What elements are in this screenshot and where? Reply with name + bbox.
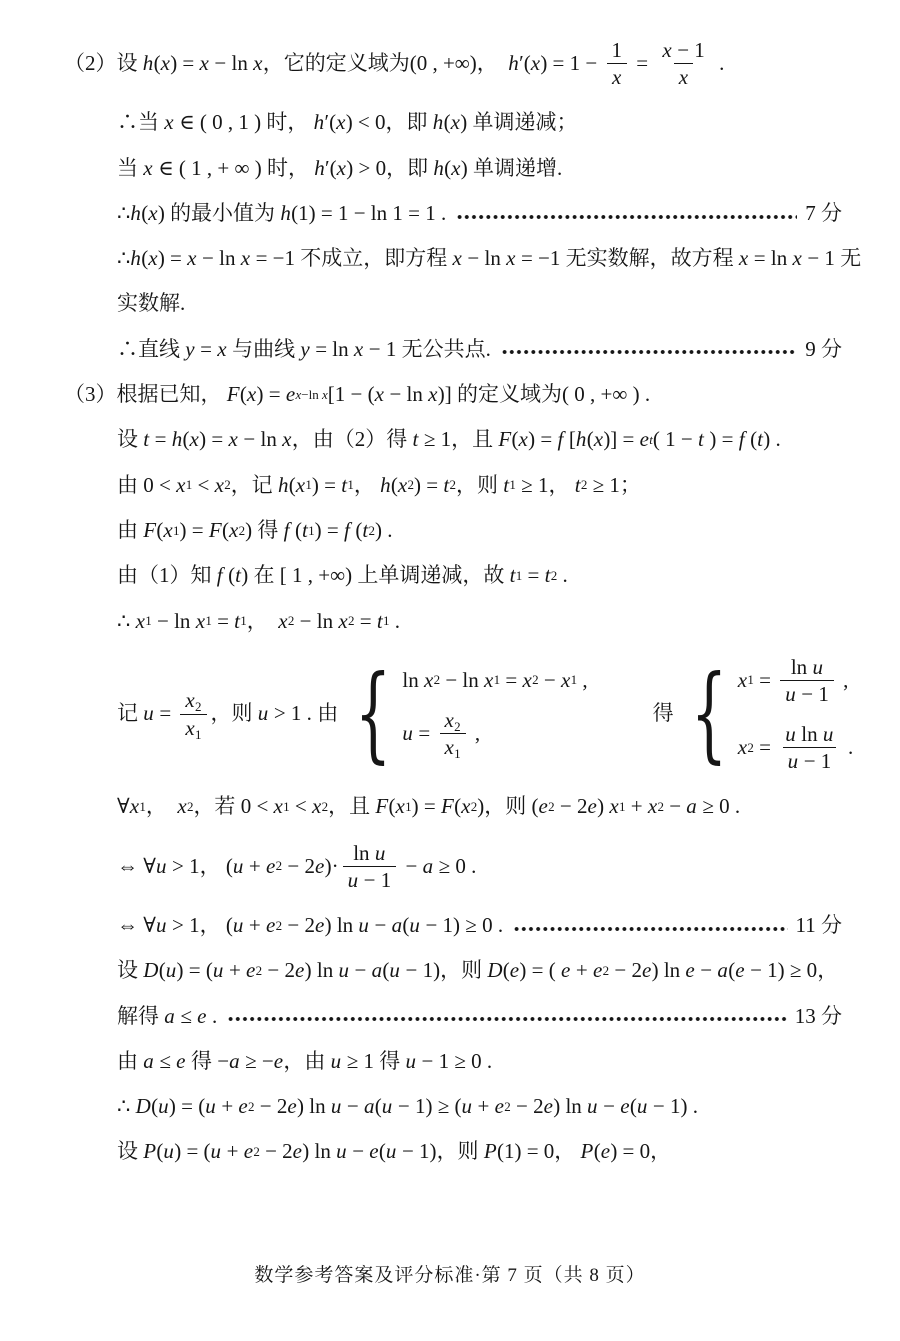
math-run: D(e) = ( e + e [487, 957, 602, 984]
score-label: 7 分 [805, 200, 842, 227]
math-run: − a ≥ 0 . [400, 853, 476, 880]
cases-brace: { [690, 667, 726, 761]
cases-group: {x1 = ln uu − 1 ,x2 = u ln uu − 1 . [676, 653, 854, 776]
math-run: x = ln x − 1 [739, 245, 835, 272]
math-run: ≥ 1 [516, 472, 549, 499]
text-run: ， [548, 472, 574, 499]
math-run: x ∈ ( 0 , 1 ) [164, 109, 261, 136]
math-run: [1 − (x − ln x)] [328, 381, 452, 408]
math-run: h(x) [433, 109, 467, 136]
math-run: h(x [380, 472, 407, 499]
fraction-numerator: u ln u [780, 722, 838, 747]
text-run [590, 700, 653, 727]
text-run: ， [554, 1138, 580, 1165]
text-run: ， [200, 853, 226, 880]
text-run: 时， [262, 155, 315, 182]
part3-setup: （3）根据已知， F(x) = ex−ln x[1 − (x − ln x)] … [0, 381, 900, 408]
math-run: ) = t [312, 472, 347, 499]
math-run: ⇔ ∀u > 1 [117, 912, 200, 939]
fraction-denominator: u − 1 [780, 680, 834, 706]
part3-P-def: 设 P(u) = (u + e2 − 2e) ln u − e(u − 1)，则… [0, 1138, 900, 1165]
text-run: ，且 [328, 793, 375, 820]
math-run: x [185, 716, 195, 740]
math-run: . [843, 734, 854, 761]
text-run: ， [146, 793, 178, 820]
math-run: x [136, 608, 146, 635]
fraction-denominator: x [607, 63, 627, 89]
math-run: t ≥ 1 [412, 426, 451, 453]
text-run: 由 [117, 517, 143, 544]
math-run: h(x) = x − ln x [143, 50, 263, 77]
text-run: 单调递增. [468, 155, 563, 182]
math-run: < x [290, 793, 322, 820]
math-run: x [445, 735, 455, 759]
fraction: u ln uu − 1 [780, 722, 838, 773]
math-run: + x [625, 793, 657, 820]
math-run: 0 < x [241, 793, 283, 820]
dotted-leader [456, 211, 797, 223]
text-run: 无实数解，故方程 [560, 245, 739, 272]
math-run: −a ≥ −e [217, 1048, 283, 1075]
cases-row: ln x2 − ln x1 = x2 − x1 , [402, 667, 587, 694]
math-run: u > 1 . [258, 700, 312, 727]
cases-rows: x1 = ln uu − 1 ,x2 = u ln uu − 1 . [738, 653, 853, 776]
text-run: 由 [117, 472, 143, 499]
part3-D-def: 设 D(u) = (u + e2 − 2e) ln u − a(u − 1)，则… [0, 957, 900, 984]
text-run: ，且 [451, 426, 498, 453]
text-run: 得 [653, 700, 674, 727]
fraction-numerator: ln u [348, 841, 390, 866]
text-run: （2）设 [64, 50, 143, 77]
text-run: 上单调递减，故 [352, 562, 510, 589]
subscript: 2 [195, 699, 202, 714]
answer-sheet-page: （2）设 h(x) = x − ln x，它的定义域为(0 , +∞)， h′(… [0, 0, 900, 1341]
text-run: （3）根据已知， [64, 381, 227, 408]
text-run: ∴直线 [117, 336, 185, 363]
cases-row: x2 = u ln uu − 1 . [738, 720, 853, 775]
math-run: < x [192, 472, 224, 499]
fraction-denominator: u − 1 [343, 866, 397, 892]
text-run: ，即 [386, 155, 433, 182]
math-run: [ 1 , +∞) [280, 562, 352, 589]
math-run: u ≥ 1 [331, 1048, 374, 1075]
math-run: . [557, 562, 568, 589]
math-run: f (t [284, 517, 309, 544]
text-run: ∴ [117, 608, 136, 635]
text-run: 的定义域为 [452, 381, 562, 408]
math-run: x − ln x = −1 [453, 245, 561, 272]
score-label: 11 分 [796, 912, 842, 939]
part3-u-system: 记 u = x2x1，则 u > 1 . 由{ln x2 − ln x1 = x… [0, 653, 900, 776]
fraction-numerator: ln u [786, 655, 828, 680]
math-run: − 2e) ln u − a(u − 1) ≥ 0 . [282, 912, 503, 939]
text-run: 不成立，即方程 [295, 245, 453, 272]
math-run: x [278, 608, 288, 635]
part2-no-solution-b: 实数解. [0, 290, 900, 317]
math-run: x ∈ ( 1 , + ∞ ) [143, 155, 261, 182]
math-run: u − 1 ≥ 0 . [405, 1048, 492, 1075]
text-run: 由 [117, 1048, 143, 1075]
part2-decreasing: ∴当 x ∈ ( 0 , 1 ) 时， h′(x) < 0，即 h(x) 单调递… [0, 109, 900, 136]
math-run: u = [402, 720, 435, 747]
fraction: x2x1 [180, 688, 206, 739]
part3-substitution: 设 t = h(x) = x − ln x，由（2）得 t ≥ 1，且 F(x)… [0, 426, 900, 453]
math-run: = t [522, 562, 550, 589]
math-run: = [631, 50, 653, 77]
math-run: ( 0 , +∞ ) . [562, 381, 650, 408]
fraction-numerator: x2 [440, 708, 466, 733]
cases-brace: { [355, 667, 391, 761]
math-run: h′(x) > 0 [314, 155, 386, 182]
math-run: , [577, 667, 588, 694]
math-run: F(x [375, 793, 405, 820]
text-run: ，若 [193, 793, 240, 820]
math-run: − 2e) ln u − a(u − 1) [262, 957, 440, 984]
math-run: t = h(x) = x − ln x [143, 426, 291, 453]
math-run: − 2e) ln u − e(u − 1) [260, 1138, 437, 1165]
math-run: h′(x) < 0 [314, 109, 386, 136]
math-run: = t [354, 608, 382, 635]
fraction-numerator: 1 [607, 38, 628, 63]
page-footer: 数学参考答案及评分标准·第 7 页（共 8 页） [0, 1260, 900, 1287]
text-run: ∴ [117, 245, 130, 272]
text-run: ， [354, 472, 380, 499]
cases-rows: ln x2 − ln x1 = x2 − x1 ,u = x2x1 , [402, 667, 587, 762]
text-run: ，它的定义域为 [263, 50, 410, 77]
text-run: 无 [835, 245, 861, 272]
math-run: − ln x [294, 608, 348, 635]
math-run: ≥ 1 [587, 472, 620, 499]
part2-setup: （2）设 h(x) = x − ln x，它的定义域为(0 , +∞)， h′(… [0, 36, 900, 91]
part2-increasing: 当 x ∈ ( 1 , + ∞ ) 时， h′(x) > 0，即 h(x) 单调… [0, 155, 900, 182]
text-run: ，则 [440, 957, 487, 984]
math-run: . [389, 608, 400, 635]
text-run: 在 [248, 562, 280, 589]
text-run: 时， [261, 109, 314, 136]
text-run: ，记 [231, 472, 278, 499]
text-run: 实数解. [117, 290, 185, 317]
text-run: ，则 [484, 793, 531, 820]
part3-inequalities: 由 a ≤ e 得 −a ≥ −e，由 u ≥ 1 得 u − 1 ≥ 0 . [0, 1048, 900, 1075]
part3-D-bound: ∴ D(u) = (u + e2 − 2e) ln u − a(u − 1) ≥… [0, 1093, 900, 1120]
math-run: f (t) [217, 562, 249, 589]
math-run: (u + e [226, 853, 276, 880]
math-run: ln x [402, 667, 433, 694]
math-run: = [754, 667, 776, 694]
part3-equiv-11pts: ⇔ ∀u > 1， (u + e2 − 2e) ln u − a(u − 1) … [0, 912, 900, 939]
part3-t1-t2: 由 0 < x1 < x2，记 h(x1) = t1， h(x2) = t2，则… [0, 472, 900, 499]
math-run: ) = F(x [412, 793, 471, 820]
math-run: ) [477, 793, 484, 820]
cases-row: u = x2x1 , [402, 706, 587, 761]
text-run: 单调递减； [467, 109, 577, 136]
text-run: ，则 [456, 472, 503, 499]
score-label: 13 分 [795, 1003, 842, 1030]
math-run: h′(x) = 1 − [508, 50, 602, 77]
math-run: − 2e) ln e − a(e − 1) ≥ 0 [609, 957, 817, 984]
math-run: = [754, 734, 776, 761]
math-run: x [445, 708, 455, 732]
text-run: 设 [117, 1138, 143, 1165]
cases-group: {ln x2 − ln x1 = x2 − x1 ,u = x2x1 , [340, 667, 587, 762]
part3-equations: ∴ x1 − ln x1 = t1， x2 − ln x2 = t1 . [0, 608, 900, 635]
math-run: a ≤ e [143, 1048, 185, 1075]
math-run: D(u) = (u + e [143, 957, 255, 984]
math-run: x [738, 734, 748, 761]
math-run: P(e) = 0 [581, 1138, 651, 1165]
math-run: x [185, 688, 195, 712]
part3-equiv-frac: ⇔ ∀u > 1， (u + e2 − 2e)·ln uu − 1 − a ≥ … [0, 839, 900, 894]
fraction: x − 1x [657, 38, 709, 89]
dotted-leader [513, 923, 787, 935]
text-run: 当 [117, 155, 143, 182]
fraction-denominator: x1 [180, 714, 206, 740]
math-run: ) = F(x [180, 517, 239, 544]
dotted-leader [227, 1013, 787, 1025]
fraction: x2x1 [440, 708, 466, 759]
math-run: = x [500, 667, 532, 694]
text-run: 得 [252, 517, 284, 544]
math-run: t [575, 472, 581, 499]
math-run: , [470, 720, 481, 747]
math-run: ∴ D(u) = (u + e [117, 1093, 248, 1120]
math-run: ) . [375, 517, 393, 544]
fraction-numerator: x − 1 [657, 38, 709, 63]
fraction-denominator: x [674, 63, 694, 89]
text-run: ，则 [437, 1138, 484, 1165]
math-run: h(x [278, 472, 305, 499]
part3-a-bound-13pts: 解得 a ≤ e .13 分 [0, 1003, 900, 1030]
math-run: x [177, 793, 187, 820]
text-run: ，则 [211, 700, 258, 727]
text-run: ， [817, 957, 838, 984]
math-run: 0 < x [143, 472, 185, 499]
subscript: 1 [454, 746, 461, 761]
math-run: − x [539, 667, 571, 694]
subscript: 1 [195, 727, 202, 742]
fraction: ln uu − 1 [343, 841, 397, 892]
text-run: 的最小值为 [165, 200, 281, 227]
dotted-leader [501, 346, 797, 358]
math-run: ) = f (t [315, 517, 369, 544]
math-run: − ln x [152, 608, 206, 635]
fraction-numerator: x2 [180, 688, 206, 713]
math-run: − ln x [440, 667, 494, 694]
text-run: 得 [186, 1048, 218, 1075]
part2-minimum-7pts: ∴h(x) 的最小值为 h(1) = 1 − ln 1 = 1 .7 分 [0, 200, 900, 227]
text-run: ， [247, 608, 279, 635]
math-run: F(x) = e [227, 381, 296, 408]
text-run: 解得 [117, 1003, 164, 1030]
math-run: P(u) = (u + e [143, 1138, 253, 1165]
part3-forall: ∀x1， x2，若 0 < x1 < x2，且 F(x1) = F(x2)，则 … [0, 793, 900, 820]
text-run: ， [200, 912, 226, 939]
math-run: F(x [143, 517, 173, 544]
math-run: y = x [185, 336, 227, 363]
math-run: x [738, 667, 748, 694]
subscript: 2 [454, 719, 461, 734]
part3-monotone: 由（1）知 f (t) 在 [ 1 , +∞) 上单调递减，故 t1 = t2 … [0, 562, 900, 589]
text-run: 与曲线 [227, 336, 301, 363]
text-run: ∴ [117, 200, 130, 227]
math-run: h(x) [433, 155, 467, 182]
math-run: F(x) = f [h(x)] = e [498, 426, 649, 453]
fraction-denominator: x1 [440, 733, 466, 759]
math-run: h(x) [130, 200, 164, 227]
fraction-denominator: u − 1 [783, 747, 837, 773]
text-run: 由（1）知 [117, 562, 217, 589]
text-run: 设 [117, 957, 143, 984]
cases-row: x1 = ln uu − 1 , [738, 653, 853, 708]
math-run: (u + e [226, 912, 276, 939]
math-run: t [510, 562, 516, 589]
math-run: ) = t [414, 472, 449, 499]
text-run: ，即 [386, 109, 433, 136]
text-run: ； [620, 472, 641, 499]
text-run: ∴当 [117, 109, 164, 136]
math-run: a ≤ e . [164, 1003, 217, 1030]
fraction: 1x [607, 38, 628, 89]
text-run: 得 [374, 1048, 406, 1075]
math-run: − 2e) x [555, 793, 619, 820]
math-run: h(1) = 1 − ln 1 = 1 . [280, 200, 446, 227]
math-run: ∀x [117, 793, 139, 820]
math-run: P(1) = 0 [484, 1138, 554, 1165]
math-run: ) [245, 517, 252, 544]
math-run: . [714, 50, 725, 77]
math-run: − 2e) ln u − e(u − 1) . [511, 1093, 698, 1120]
text-run: 由 [312, 700, 338, 727]
text-run: 设 [117, 426, 143, 453]
text-run: 无公共点. [396, 336, 491, 363]
fraction: ln uu − 1 [780, 655, 834, 706]
math-run: ( 1 − t ) = f (t) . [653, 426, 781, 453]
math-run: − 2e) ln u − a(u − 1) ≥ (u + e [255, 1093, 505, 1120]
score-label: 9 分 [805, 336, 842, 363]
math-run: (e [532, 793, 549, 820]
part3-F-equal: 由 F(x1) = F(x2) 得 f (t1) = f (t2) . [0, 517, 900, 544]
math-run: h(x) = x − ln x = −1 [130, 245, 295, 272]
math-run: − a ≥ 0 . [664, 793, 740, 820]
text-run: ， [650, 1138, 671, 1165]
math-run: , [838, 667, 849, 694]
text-run: ，由 [283, 1048, 330, 1075]
text-run: 记 [117, 700, 143, 727]
math-run: ⇔ ∀u > 1 [117, 853, 200, 880]
math-run: u = [143, 700, 176, 727]
part2-conclusion-9pts: ∴直线 y = x 与曲线 y = ln x − 1 无公共点.9 分 [0, 336, 900, 363]
text-run: ， [477, 50, 509, 77]
text-run: ，由（2）得 [292, 426, 413, 453]
solution-content: （2）设 h(x) = x − ln x，它的定义域为(0 , +∞)， h′(… [0, 36, 900, 1166]
math-run: y = ln x − 1 [300, 336, 396, 363]
math-run: − 2e)· [282, 853, 338, 880]
math-run: (0 , +∞) [410, 50, 477, 77]
part2-no-solution-a: ∴h(x) = x − ln x = −1 不成立，即方程 x − ln x =… [0, 245, 900, 272]
math-run: = t [212, 608, 240, 635]
